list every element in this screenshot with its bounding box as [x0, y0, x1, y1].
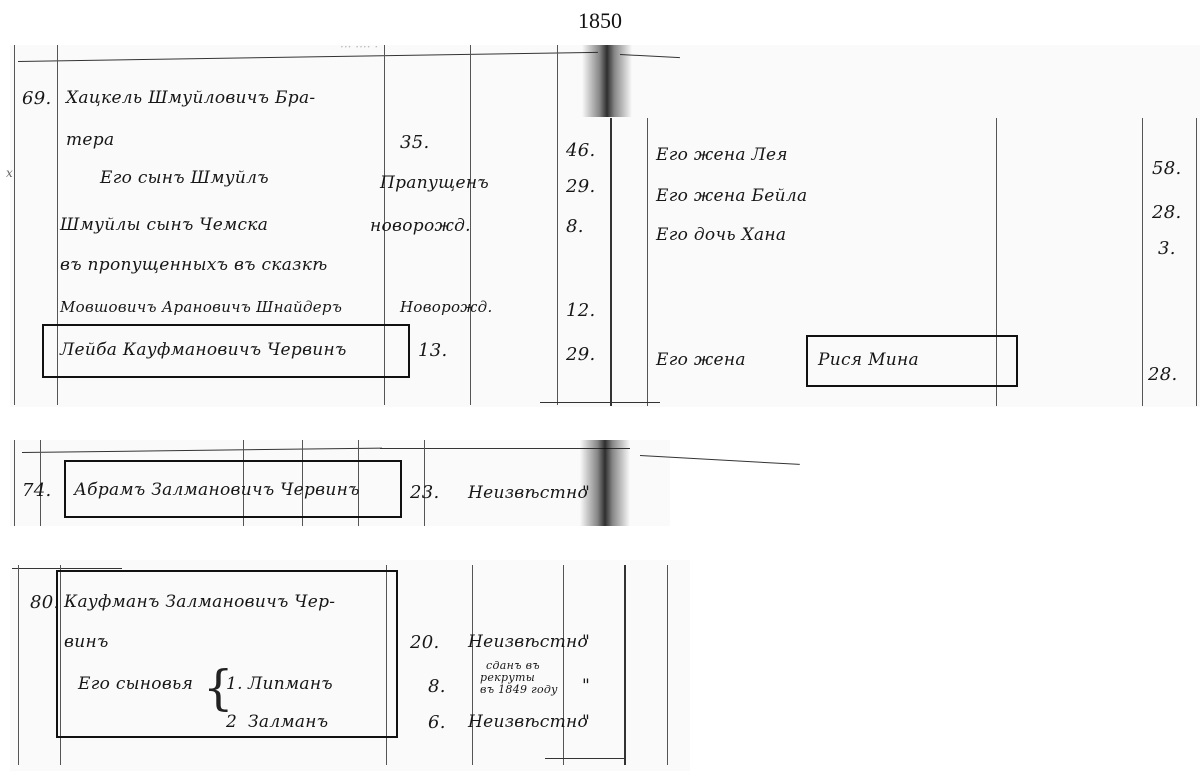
- entry-name-cont: тера: [66, 130, 114, 150]
- entry-name-highlighted: Кауфманъ Залмановичъ Чер-: [64, 592, 335, 612]
- age-previous: 13.: [418, 340, 448, 361]
- age-previous: 35.: [400, 132, 430, 153]
- column-rule: [14, 440, 15, 526]
- entry-name-highlighted: Абрамъ Залмановичъ Червинъ: [74, 480, 360, 500]
- entry-note: новорожд.: [370, 216, 471, 236]
- status-line: рекруты: [480, 672, 535, 683]
- status-line: въ 1849 году: [480, 684, 558, 695]
- age-current: 12.: [566, 300, 596, 321]
- page-fold-shadow: [582, 45, 632, 117]
- column-rule: [563, 565, 564, 765]
- female-entry-name-highlighted: Рися Мина: [818, 350, 919, 370]
- entry-number: 80.: [30, 592, 60, 613]
- entry-name-prefix: Его сыновья: [78, 674, 193, 694]
- column-rule: [1142, 118, 1143, 406]
- column-rule: [647, 118, 648, 406]
- female-age: 58.: [1152, 158, 1182, 179]
- column-rule: [18, 565, 19, 765]
- age-previous: 20.: [410, 632, 440, 653]
- age-previous: 8.: [428, 676, 446, 697]
- female-age: 28.: [1148, 364, 1178, 385]
- son-index: 1.: [226, 674, 243, 694]
- column-rule: [557, 45, 558, 405]
- entry-name-cont: винъ: [64, 632, 109, 652]
- status-text: Неизвѣстно: [468, 632, 588, 652]
- age-current: 46.: [566, 140, 596, 161]
- section-3-top-rule: [12, 568, 122, 569]
- entry-name: Мовшовичъ Арановичъ Шнайдеръ: [60, 298, 342, 316]
- section-3-bottom-rule: [545, 758, 625, 759]
- ditto-mark: ": [582, 632, 590, 652]
- age-previous: 23.: [410, 482, 440, 503]
- son-name: Липманъ: [248, 674, 333, 694]
- section-1-bottom-rule: [540, 402, 660, 403]
- female-age: 28.: [1152, 202, 1182, 223]
- year-heading: 1850: [0, 8, 1200, 34]
- age-current: 29.: [566, 176, 596, 197]
- entry-number: 69.: [22, 88, 52, 109]
- age-current: 29.: [566, 344, 596, 365]
- female-entry-name: Его жена Бейла: [656, 186, 807, 206]
- status-text: Неизвѣстно: [468, 483, 588, 503]
- column-rule: [667, 565, 668, 765]
- son-name: Залманъ: [248, 712, 328, 732]
- column-rule: [624, 565, 626, 765]
- entry-note: Прапущенъ: [380, 173, 489, 193]
- column-rule: [472, 565, 473, 765]
- entry-name: Его сынъ Шмуйлъ: [100, 168, 269, 188]
- age-previous: 6.: [428, 712, 446, 733]
- ditto-mark: ": [582, 712, 590, 732]
- son-index: 2: [226, 712, 237, 732]
- status-text: Неизвѣстно: [468, 712, 588, 732]
- female-entry-name: Его дочь Хана: [656, 225, 786, 245]
- entry-name-highlighted: Лейба Кауфмановичъ Червинъ: [60, 340, 347, 360]
- column-rule: [610, 118, 612, 406]
- age-current: 8.: [566, 216, 584, 237]
- status-line: сданъ въ: [486, 660, 540, 671]
- column-rule: [14, 45, 15, 405]
- ditto-mark: ": [582, 676, 590, 696]
- female-entry-prefix: Его жена: [656, 350, 746, 370]
- entry-note: Новорожд.: [400, 298, 493, 316]
- faint-header-ghost: ··· ···· ·: [340, 40, 378, 54]
- ditto-mark: ": [582, 483, 590, 503]
- left-margin-mark: x: [6, 166, 13, 180]
- column-rule: [1196, 118, 1197, 406]
- female-entry-name: Его жена Лея: [656, 145, 788, 165]
- entry-name: Хацкель Шмуйловичъ Бра-: [66, 88, 315, 108]
- entry-note-line: въ пропущенныхъ въ сказкѣ: [60, 255, 328, 275]
- entry-number: 74.: [22, 480, 52, 501]
- entry-name: Шмуйлы сынъ Чемска: [60, 215, 268, 235]
- female-age: 3.: [1158, 238, 1176, 259]
